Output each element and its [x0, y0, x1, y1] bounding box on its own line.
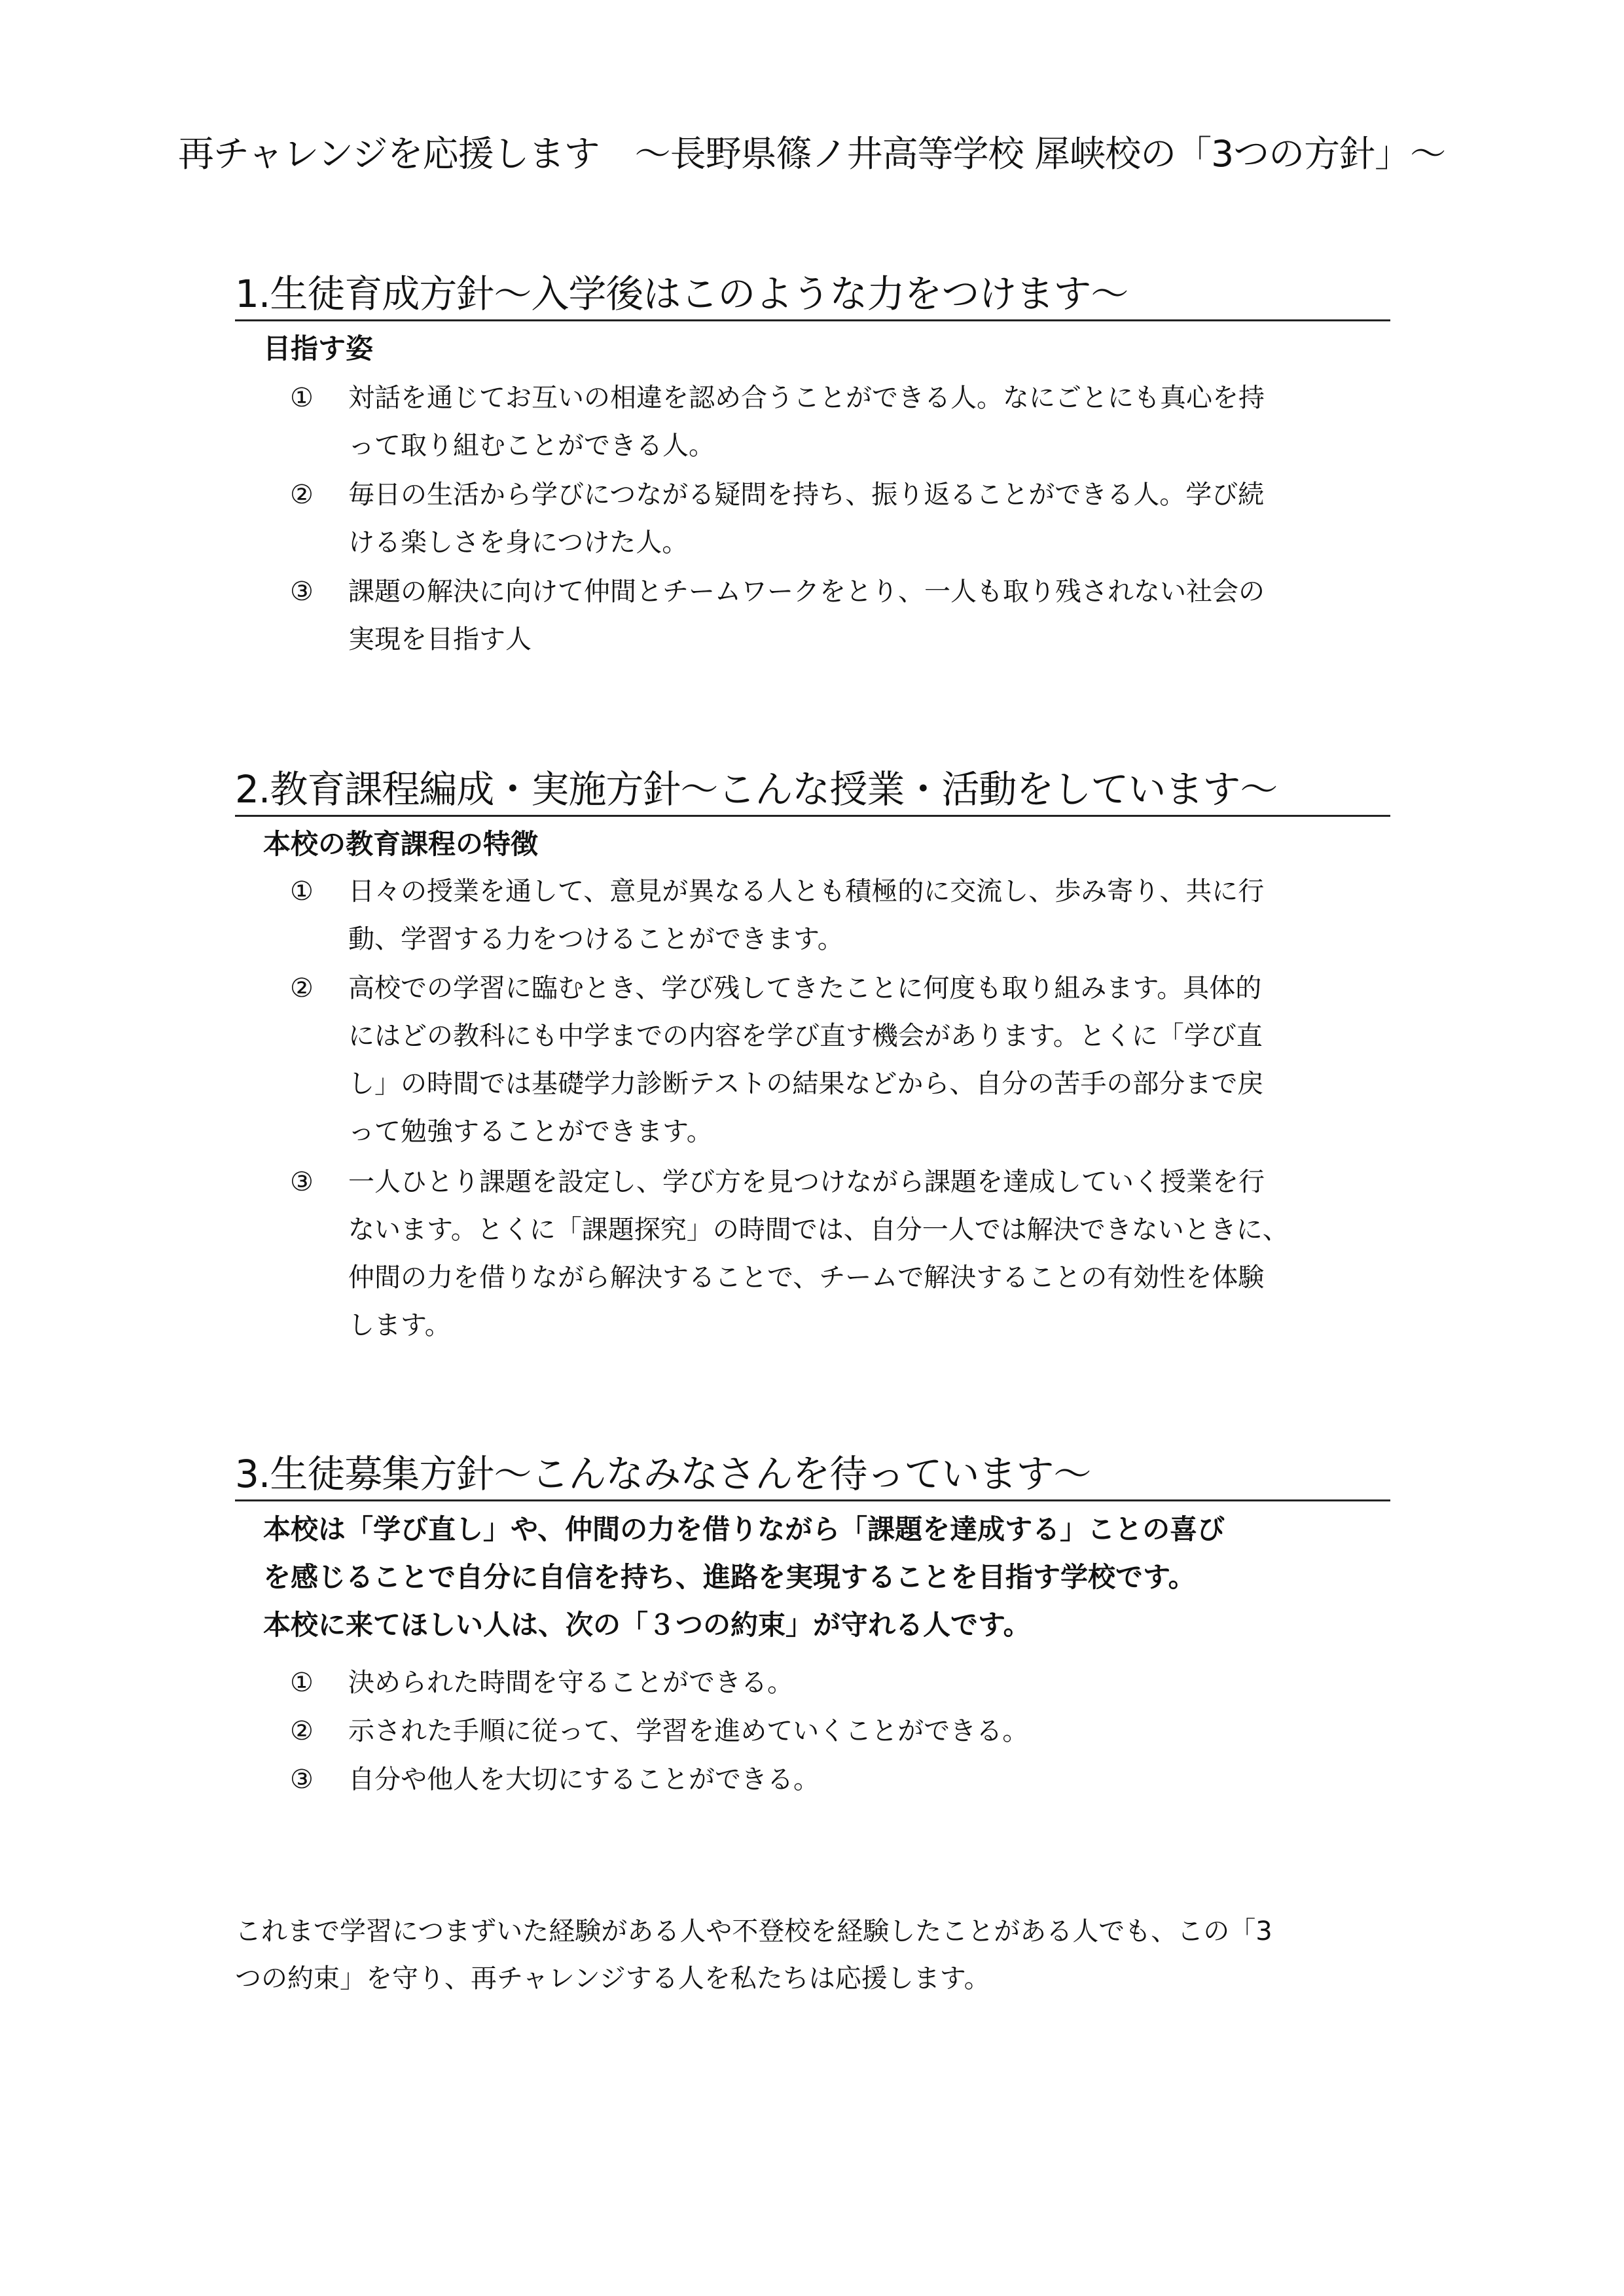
circled-number: ②: [290, 1708, 329, 1755]
item-line: 日々の授業を通して、意見が異なる人とも積極的に交流し、歩み寄り、共に行: [348, 868, 1396, 916]
item-line: 実現を目指す人: [348, 616, 1396, 664]
item-line: 示された手順に従って、学習を進めていくことができる。: [348, 1708, 1396, 1755]
item-line: 毎日の生活から学びにつながる疑問を持ち、振り返ることができる人。学び続: [348, 471, 1396, 519]
section-3-paragraph: 本校は「学び直し」や、仲間の力を借りながら「課題を達成する」ことの喜び を感じる…: [263, 1505, 1402, 1649]
paragraph-line: 本校は「学び直し」や、仲間の力を借りながら「課題を達成する」ことの喜び: [263, 1505, 1402, 1553]
section-3-item-2: ② 示された手順に従って、学習を進めていくことができる。: [290, 1708, 1403, 1755]
circled-number: ③: [290, 568, 329, 616]
item-line: って取り組むことができる人。: [348, 422, 1396, 470]
circled-number: ①: [290, 1659, 329, 1707]
item-line: 決められた時間を守ることができる。: [348, 1659, 1396, 1707]
item-line: 動、学習する力をつけることができます。: [348, 916, 1396, 963]
section-2-item-2: ② 高校での学習に臨むとき、学び残してきたことに何度も取り組みます。具体的 には…: [290, 965, 1403, 1156]
item-line: 自分や他人を大切にすることができる。: [348, 1756, 1396, 1804]
item-line: にはどの教科にも中学までの内容を学び直す機会があります。とくに「学び直: [348, 1013, 1396, 1060]
circled-number: ③: [290, 1158, 329, 1206]
item-line: 高校での学習に臨むとき、学び残してきたことに何度も取り組みます。具体的: [348, 965, 1396, 1013]
circled-number: ②: [290, 471, 329, 519]
section-1-item-1: ① 対話を通じてお互いの相違を認め合うことができる人。なにごとにも真心を持 って…: [290, 374, 1403, 470]
paragraph-line: を感じることで自分に自信を持ち、進路を実現することを目指す学校です。: [263, 1553, 1402, 1601]
section-1-item-2: ② 毎日の生活から学びにつながる疑問を持ち、振り返ることができる人。学び続 ける…: [290, 471, 1403, 567]
item-line: って勉強することができます。: [348, 1108, 1396, 1156]
circled-number: ①: [290, 868, 329, 916]
item-line: します。: [348, 1302, 1396, 1350]
closing-paragraph: これまで学習につまずいた経験がある人や不登校を経験したことがある人でも、この「3…: [235, 1908, 1407, 2002]
circled-number: ①: [290, 374, 329, 422]
closing-line: これまで学習につまずいた経験がある人や不登校を経験したことがある人でも、この「3: [235, 1908, 1407, 1955]
item-line: 仲間の力を借りながら解決することで、チームで解決することの有効性を体験: [348, 1254, 1396, 1302]
section-2-heading: 2.教育課程編成・実施方針～こんな授業・活動をしています～: [235, 764, 1390, 817]
section-2-item-3: ③ 一人ひとり課題を設定し、学び方を見つけながら課題を達成していく授業を行 ない…: [290, 1158, 1403, 1350]
section-3-heading: 3.生徒募集方針～こんなみなさんを待っています～: [235, 1448, 1390, 1501]
circled-number: ②: [290, 965, 329, 1013]
item-line: ける楽しさを身につけた人。: [348, 519, 1396, 567]
item-line: 一人ひとり課題を設定し、学び方を見つけながら課題を達成していく授業を行: [348, 1158, 1396, 1206]
paragraph-line: 本校に来てほしい人は、次の「３つの約束」が守れる人です。: [263, 1601, 1402, 1649]
section-2-item-1: ① 日々の授業を通して、意見が異なる人とも積極的に交流し、歩み寄り、共に行 動、…: [290, 868, 1403, 963]
section-3-item-3: ③ 自分や他人を大切にすることができる。: [290, 1756, 1403, 1804]
section-1-heading: 1.生徒育成方針～入学後はこのような力をつけます～: [235, 268, 1390, 321]
section-1-subheading: 目指す姿: [263, 329, 373, 368]
item-line: 対話を通じてお互いの相違を認め合うことができる人。なにごとにも真心を持: [348, 374, 1396, 422]
page-title: 再チャレンジを応援します ～長野県篠ノ井高等学校 犀峡校の「3つの方針」～: [178, 124, 1487, 183]
section-1-item-3: ③ 課題の解決に向けて仲間とチームワークをとり、一人も取り残されない社会の 実現…: [290, 568, 1403, 664]
section-2-subheading: 本校の教育課程の特徴: [263, 825, 538, 864]
closing-line: つの約束」を守り、再チャレンジする人を私たちは応援します。: [235, 1955, 1407, 2002]
item-line: ないます。とくに「課題探究」の時間では、自分一人では解決できないときに、: [348, 1206, 1396, 1254]
section-3-item-1: ① 決められた時間を守ることができる。: [290, 1659, 1403, 1707]
item-line: 課題の解決に向けて仲間とチームワークをとり、一人も取り残されない社会の: [348, 568, 1396, 616]
circled-number: ③: [290, 1756, 329, 1804]
item-line: し」の時間では基礎学力診断テストの結果などから、自分の苦手の部分まで戻: [348, 1060, 1396, 1108]
